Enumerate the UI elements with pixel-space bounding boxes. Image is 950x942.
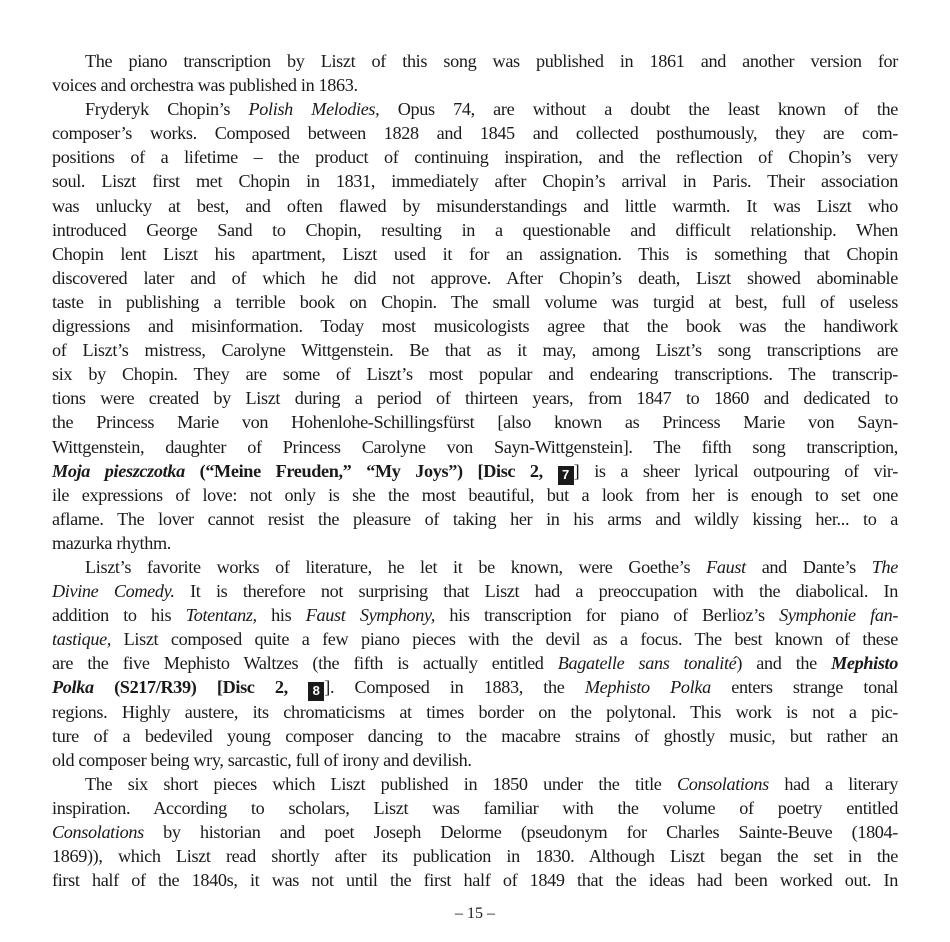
- paragraph-2-line-8: discovered later and of which he did not…: [52, 266, 898, 290]
- paragraph-2-line-19: mazurka rhythm.: [52, 531, 898, 555]
- disc-label: [Disc 2,: [478, 461, 543, 481]
- track-title-italic: Moja pieszczotka: [52, 461, 185, 481]
- work-title-bagatelle: Bagatelle sans tonalité: [558, 653, 737, 673]
- text: Opus 74, are without a doubt the least k…: [379, 99, 898, 119]
- disc-label: [Disc 2,: [217, 677, 288, 697]
- paragraph-2-line-1: Fryderyk Chopin’s Polish Melodies, Opus …: [52, 97, 898, 121]
- work-title-faust: Faust: [706, 557, 746, 577]
- paragraph-2-line-2: composer’s works. Composed between 1828 …: [52, 121, 898, 145]
- paragraph-3-line-1: Liszt’s favorite works of literature, he…: [52, 555, 898, 579]
- paragraph-3-line-8: ture of a bedeviled young composer danci…: [52, 724, 898, 748]
- paragraph-2-line-13: tions were created by Liszt during a per…: [52, 386, 898, 410]
- work-title-symphonie-fantastique-start: Symphonie fan-: [779, 605, 898, 625]
- work-title-mephisto-polka: Mephisto Polka: [585, 677, 711, 697]
- text: The six short pieces which Liszt publish…: [85, 774, 662, 794]
- text: his: [271, 605, 291, 625]
- work-title-symphonie-fantastique-end: tastique,: [52, 629, 111, 649]
- paragraph-2-line-3: positions of a lifetime – the product of…: [52, 145, 898, 169]
- paragraph-3-line-9: old composer being wry, sarcastic, full …: [52, 748, 898, 772]
- track-title-mephisto-start: Mephisto: [831, 653, 898, 673]
- track-title-mephisto-end: Polka: [52, 677, 94, 697]
- paragraph-4-line-3: Consolations by historian and poet Josep…: [52, 820, 898, 844]
- text: Liszt composed quite a few piano pieces …: [124, 629, 898, 649]
- work-title-totentanz: Totentanz,: [186, 605, 257, 625]
- text: Liszt’s favorite works of literature, he…: [85, 557, 690, 577]
- work-title-divine-comedy-start: The: [872, 557, 898, 577]
- track-subtitle: (“Meine Freuden,” “My Joys”): [200, 461, 463, 481]
- text: . Composed in 1883, the: [330, 677, 565, 697]
- paragraph-3-line-5: are the five Mephisto Waltzes (the fifth…: [52, 651, 898, 675]
- paragraph-2-line-12: six by Chopin. They are some of Liszt’s …: [52, 362, 898, 386]
- text: are the five Mephisto Waltzes (the fifth…: [52, 653, 544, 673]
- paragraph-3-line-3: addition to his Totentanz, his Faust Sym…: [52, 603, 898, 627]
- track-number-badge: 7: [558, 466, 574, 485]
- page-body: The piano transcription by Liszt of this…: [52, 49, 898, 892]
- paragraph-4-line-1: The six short pieces which Liszt publish…: [52, 772, 898, 796]
- paragraph-2-line-4: soul. Liszt first met Chopin in 1831, im…: [52, 169, 898, 193]
- paragraph-2-line-15: Wittgenstein, daughter of Princess Carol…: [52, 435, 898, 459]
- text: addition to his: [52, 605, 171, 625]
- paragraph-3-line-4: tastique, Liszt composed quite a few pia…: [52, 627, 898, 651]
- track-title: Moja pieszczotka: [52, 461, 185, 481]
- paragraph-4-line-2: inspiration. According to scholars, Lisz…: [52, 796, 898, 820]
- paragraph-4-line-5: first half of the 1840s, it was not unti…: [52, 868, 898, 892]
- page-number: – 15 –: [0, 905, 950, 923]
- paragraph-3-line-7: regions. Highly austere, its chromaticis…: [52, 700, 898, 724]
- work-title-polish-melodies: Polish Melodies,: [249, 99, 380, 119]
- work-title-divine-comedy-end: Divine Comedy.: [52, 581, 175, 601]
- text: is a sheer lyrical outpouring of vir-: [594, 461, 898, 481]
- paragraph-2-line-18: aflame. The lover cannot resist the plea…: [52, 507, 898, 531]
- paragraph-2-line-17: ile expressions of love: not only is she…: [52, 483, 898, 507]
- paragraph-2-line-6: introduced George Sand to Chopin, result…: [52, 218, 898, 242]
- text: had a literary: [784, 774, 898, 794]
- text: and Dante’s: [762, 557, 856, 577]
- paragraph-2-line-9: taste in publishing a terrible book on C…: [52, 290, 898, 314]
- text: Fryderyk Chopin’s: [85, 99, 249, 119]
- text: enters strange tonal: [731, 677, 898, 697]
- text: It is therefore not surprising that Lisz…: [190, 581, 898, 601]
- paragraph-3-line-6-track-ref: Polka (S217/R39) [Disc 2, 8]. Composed i…: [52, 675, 898, 699]
- paragraph-1-line-1: The piano transcription by Liszt of this…: [52, 49, 898, 73]
- catalog-number: (S217/R39): [114, 677, 196, 697]
- bracket-close: ]: [574, 461, 580, 481]
- paragraph-2-line-10: digressions and misinformation. Today mo…: [52, 314, 898, 338]
- paragraph-2-line-7: Chopin lent Liszt his apartment, Liszt u…: [52, 242, 898, 266]
- text: by historian and poet Joseph Delorme (ps…: [163, 822, 898, 842]
- text: ) and the: [736, 653, 816, 673]
- paragraph-2-line-11: of Liszt’s mistress, Carolyne Wittgenste…: [52, 338, 898, 362]
- paragraph-1-line-2: voices and orchestra was published in 18…: [52, 73, 898, 97]
- paragraph-2-line-14: the Princess Marie von Hohenlohe-Schilli…: [52, 410, 898, 434]
- paragraph-2-line-5: was unlucky at best, and often flawed by…: [52, 194, 898, 218]
- work-title-consolations: Consolations: [677, 774, 769, 794]
- paragraph-3-line-2: Divine Comedy. It is therefore not surpr…: [52, 579, 898, 603]
- text: his transcription for piano of Berlioz’s: [449, 605, 764, 625]
- work-title-consolations: Consolations: [52, 822, 144, 842]
- work-title-faust-symphony: Faust Symphony,: [306, 605, 435, 625]
- paragraph-4-line-4: 1869)), which Liszt read shortly after i…: [52, 844, 898, 868]
- track-number-badge: 8: [308, 682, 324, 701]
- paragraph-2-line-16-track-ref: Moja pieszczotka (“Meine Freuden,” “My J…: [52, 459, 898, 483]
